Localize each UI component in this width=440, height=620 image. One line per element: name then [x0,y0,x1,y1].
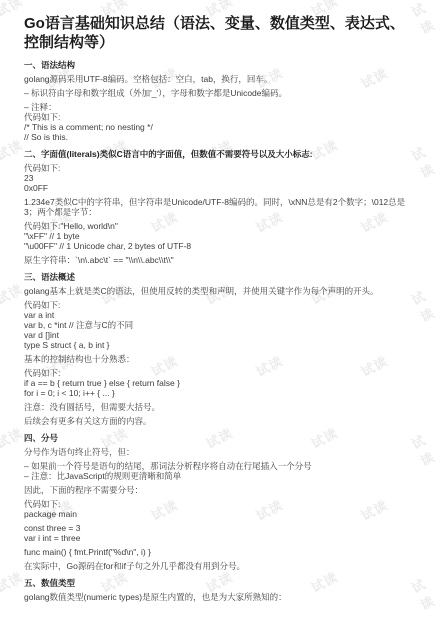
text-line: – 注意：比JavaScript的规则更清晰和简单 [24,471,416,481]
paragraph: 因此，下面的程序不需要分号： [24,485,416,495]
paragraph: 代码如下:230x0FF [24,163,416,193]
text-line: 原生字符串：`\n\.abc\t` == "\\n\\.abc\\t\\" [24,255,416,265]
text-line: "\xFF" // 1 byte [24,231,416,241]
section-heading: 三、语法概述 [24,272,416,282]
paragraph: golang数值类型(numeric types)是原生内置的，也是为大家所熟知… [24,592,416,602]
paragraph: 后续会有更多有关这方面的内容。 [24,416,416,426]
text-line: const three = 3 [24,523,416,533]
paragraph: – 标识符由字母和数字组成（外加'_'），字母和数字都是Unicode编码。 [24,88,416,98]
section-heading: 一、语法结构 [24,60,416,70]
text-line: 在实际中，Go源码在for和if子句之外几乎都没有用到分号。 [24,561,416,571]
text-line: 二、字面值(literals)类似C语言中的字面值，但数值不需要符号以及大小标志… [24,149,416,159]
text-line: // So is this. [24,132,416,142]
text-line: – 注释： [24,102,416,112]
text-line: 注意：没有圆括号，但需要大括号。 [24,402,416,412]
paragraph: 1.234e7类似C中的字符串，但字符串是Unicode/UTF-8编码的。同时… [24,197,416,217]
paragraph: 代码如下:package main [24,499,416,519]
text-line: func main() { fmt.Printf("%d\n", i) } [24,547,416,557]
text-line: 代码如下: [24,112,416,122]
paragraph: golang基本上就是类C的语法，但使用反转的类型和声明，并使用关键字作为每个声… [24,286,416,296]
text-line: – 标识符由字母和数字组成（外加'_'），字母和数字都是Unicode编码。 [24,88,416,98]
paragraph: – 注释：代码如下:/* This is a comment; no nesti… [24,102,416,142]
paragraph: 在实际中，Go源码在for和if子句之外几乎都没有用到分号。 [24,561,416,571]
text-line: 四、分号 [24,433,416,443]
page-title: Go语言基础知识总结（语法、变量、数值类型、表达式、控制结构等） [24,14,416,52]
text-line: 分号作为语句终止符号，但： [24,447,416,457]
text-line: golang基本上就是类C的语法，但使用反转的类型和声明，并使用关键字作为每个声… [24,286,416,296]
text-line: var d []int [24,330,416,340]
text-line: 一、语法结构 [24,60,416,70]
text-line: 代码如下: [24,300,416,310]
document-page: 试读试读试读试读试读试读试读试读试读试读试读试读试读试读试读试读试读试读试读试读… [0,0,440,620]
text-line: 五、数值类型 [24,578,416,588]
text-line: 代码如下:"Hello, world\n" [24,221,416,231]
text-line: var b, c *int // 注意与C的不同 [24,320,416,330]
text-line: golang数值类型(numeric types)是原生内置的，也是为大家所熟知… [24,592,416,602]
paragraph: golang源码采用UTF-8编码。空格包括：空白，tab，换行，回车。 [24,74,416,84]
text-line: "\u00FF" // 1 Unicode char, 2 bytes of U… [24,241,416,251]
paragraph: 基本的控制结构也十分熟悉： [24,354,416,364]
text-line: type S struct { a, b int } [24,340,416,350]
text-line: 1.234e7类似C中的字符串，但字符串是Unicode/UTF-8编码的。同时… [24,197,416,217]
paragraph: 注意：没有圆括号，但需要大括号。 [24,402,416,412]
document-body: 一、语法结构golang源码采用UTF-8编码。空格包括：空白，tab，换行，回… [24,60,416,602]
paragraph: 代码如下:"Hello, world\n""\xFF" // 1 byte"\u… [24,221,416,251]
text-line: 因此，下面的程序不需要分号： [24,485,416,495]
paragraph: const three = 3var i int = three [24,523,416,543]
paragraph: func main() { fmt.Printf("%d\n", i) } [24,547,416,557]
section-heading: 二、字面值(literals)类似C语言中的字面值，但数值不需要符号以及大小标志… [24,149,416,159]
text-line: – 如果前一个符号是语句的结尾，那词法分析程序将自动在行尾插入一个分号 [24,461,416,471]
text-line: 0x0FF [24,183,416,193]
paragraph: 原生字符串：`\n\.abc\t` == "\\n\\.abc\\t\\" [24,255,416,265]
text-line: /* This is a comment; no nesting */ [24,122,416,132]
text-line: 代码如下: [24,499,416,509]
text-line: package main [24,509,416,519]
text-line: var a int [24,310,416,320]
paragraph: – 如果前一个符号是语句的结尾，那词法分析程序将自动在行尾插入一个分号– 注意：… [24,461,416,481]
paragraph: 代码如下:if a == b { return true } else { re… [24,368,416,398]
section-heading: 五、数值类型 [24,578,416,588]
text-line: 代码如下: [24,163,416,173]
text-line: var i int = three [24,533,416,543]
paragraph: 代码如下:var a intvar b, c *int // 注意与C的不同va… [24,300,416,350]
document-content: Go语言基础知识总结（语法、变量、数值类型、表达式、控制结构等） 一、语法结构g… [0,0,440,602]
text-line: if a == b { return true } else { return … [24,378,416,388]
text-line: 23 [24,173,416,183]
text-line: 代码如下: [24,368,416,378]
paragraph: 分号作为语句终止符号，但： [24,447,416,457]
text-line: for i = 0; i < 10; i++ { ... } [24,388,416,398]
text-line: golang源码采用UTF-8编码。空格包括：空白，tab，换行，回车。 [24,74,416,84]
text-line: 基本的控制结构也十分熟悉： [24,354,416,364]
text-line: 三、语法概述 [24,272,416,282]
text-line: 后续会有更多有关这方面的内容。 [24,416,416,426]
section-heading: 四、分号 [24,433,416,443]
